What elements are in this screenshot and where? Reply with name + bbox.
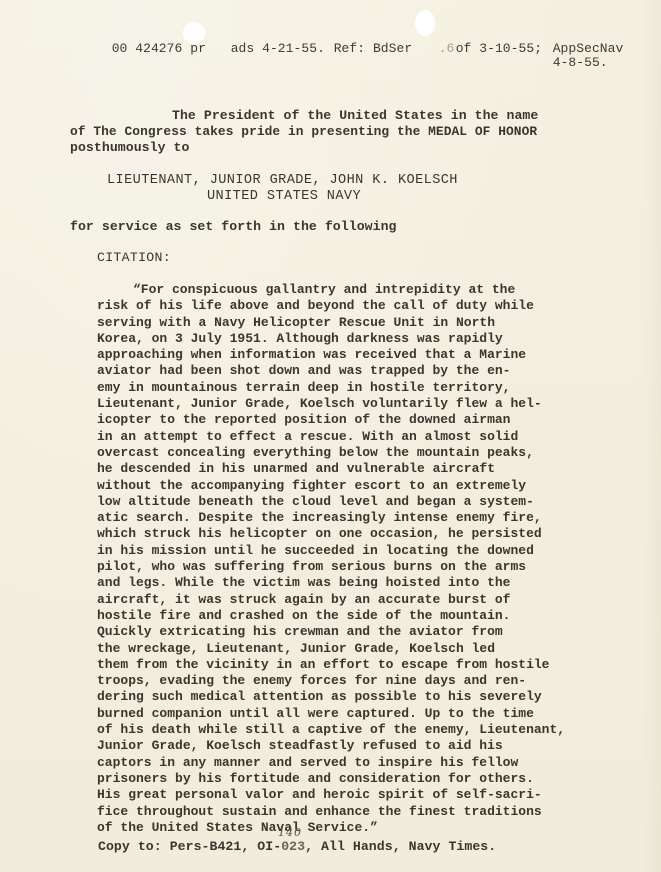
citation-line: which struck his helicopter on one occas… [97,526,495,542]
citation-line: hostile fire and crashed on the side of … [97,608,495,624]
struck-code: 023 [281,839,305,854]
citation-line: aircraft, it was struck again by an accu… [97,592,495,608]
citation-line: prisoners by his fortitude and considera… [97,771,495,787]
citation-line: “For conspicuous gallantry and intrepidi… [97,282,495,298]
page-edge-shadow [643,0,661,872]
citation-line: in an attempt to effect a rescue. With a… [97,429,495,445]
header-ref-date: of 3-10-55; [440,25,542,57]
service-intro: for service as set forth in the followin… [70,219,397,235]
ref-label: Ref: BdSer [334,41,413,56]
citation-line: Quickly extricating his crewman and the … [97,624,495,640]
citation-line: dering such medical attention as possibl… [97,689,495,705]
citation-line: Korea, on 3 July 1951. Although darkness… [97,331,495,347]
recipient-service: UNITED STATES NAVY [207,189,361,205]
citation-line: he descended in his unarmed and vulnerab… [97,461,495,477]
citation-line: without the accompanying fighter escort … [97,478,495,494]
citation-line: His great personal valor and heroic spir… [97,787,495,803]
copy-to-line: Copy to: Pers-B421, OI-023, All Hands, N… [98,839,496,855]
citation-line: troops, evading the enemy forces for nin… [97,673,495,689]
ref-date: of 3-10-55; [456,41,542,56]
citation-line: icopter to the reported position of the … [97,412,495,428]
citation-line: of his death while still a captive of th… [97,722,495,738]
header-reference-suffix: ads 4-21-55. [215,25,325,57]
reference-suffix: ads 4-21-55. [231,41,325,56]
citation-line: captors in any manner and served to insp… [97,755,495,771]
citation-line: approaching when information was receive… [97,347,495,363]
header-approval-date: 4-8-55. [537,39,608,71]
citation-line: serving with a Navy Helicopter Rescue Un… [97,315,495,331]
citation-line: emy in mountainous terrain deep in hosti… [97,380,495,396]
citation-line: risk of his life above and beyond the ca… [97,298,495,314]
citation-line: burned companion until all were captured… [97,706,495,722]
intro-line-1: The President of the United States in th… [172,108,538,124]
citation-heading: CITATION: [97,250,171,266]
citation-line: pilot, who was suffering from serious bu… [97,559,495,575]
citation-line: Lieutenant, Junior Grade, Koelsch volunt… [97,396,495,412]
citation-line: them from the vicinity in an effort to e… [97,657,495,673]
copy-to-label: Copy to: [98,839,162,854]
citation-text: “For conspicuous gallantry and intrepidi… [97,282,495,836]
redaction-blot [183,22,205,44]
recipient-name: LIEUTENANT, JUNIOR GRADE, JOHN K. KOELSC… [107,173,458,189]
citation-line: and legs. While the victim was being hoi… [97,575,495,591]
citation-line: fice throughout sustain and enhance the … [97,804,495,820]
header-ref-label: Ref: BdSer [318,25,412,57]
citation-line: the wreckage, Lieutenant, Junior Grade, … [97,641,495,657]
intro-line-3: posthumously to [70,140,189,156]
handwritten-correction: 140 [278,826,302,839]
citation-line: low altitude beneath the cloud level and… [97,494,495,510]
citation-line: in his mission until he succeeded in loc… [97,543,495,559]
citation-line: atic search. Despite the increasingly in… [97,510,495,526]
citation-line: overcast concealing everything below the… [97,445,495,461]
copy-to-recipients-1: Pers-B421, OI- [170,839,282,854]
citation-line: Junior Grade, Koelsch steadfastly refuse… [97,738,495,754]
intro-line-2: of The Congress takes pride in presentin… [70,124,537,140]
citation-line: aviator had been shot down and was trapp… [97,363,495,379]
approval-date: 4-8-55. [553,55,608,70]
copy-to-recipients-2: , All Hands, Navy Times. [305,839,496,854]
